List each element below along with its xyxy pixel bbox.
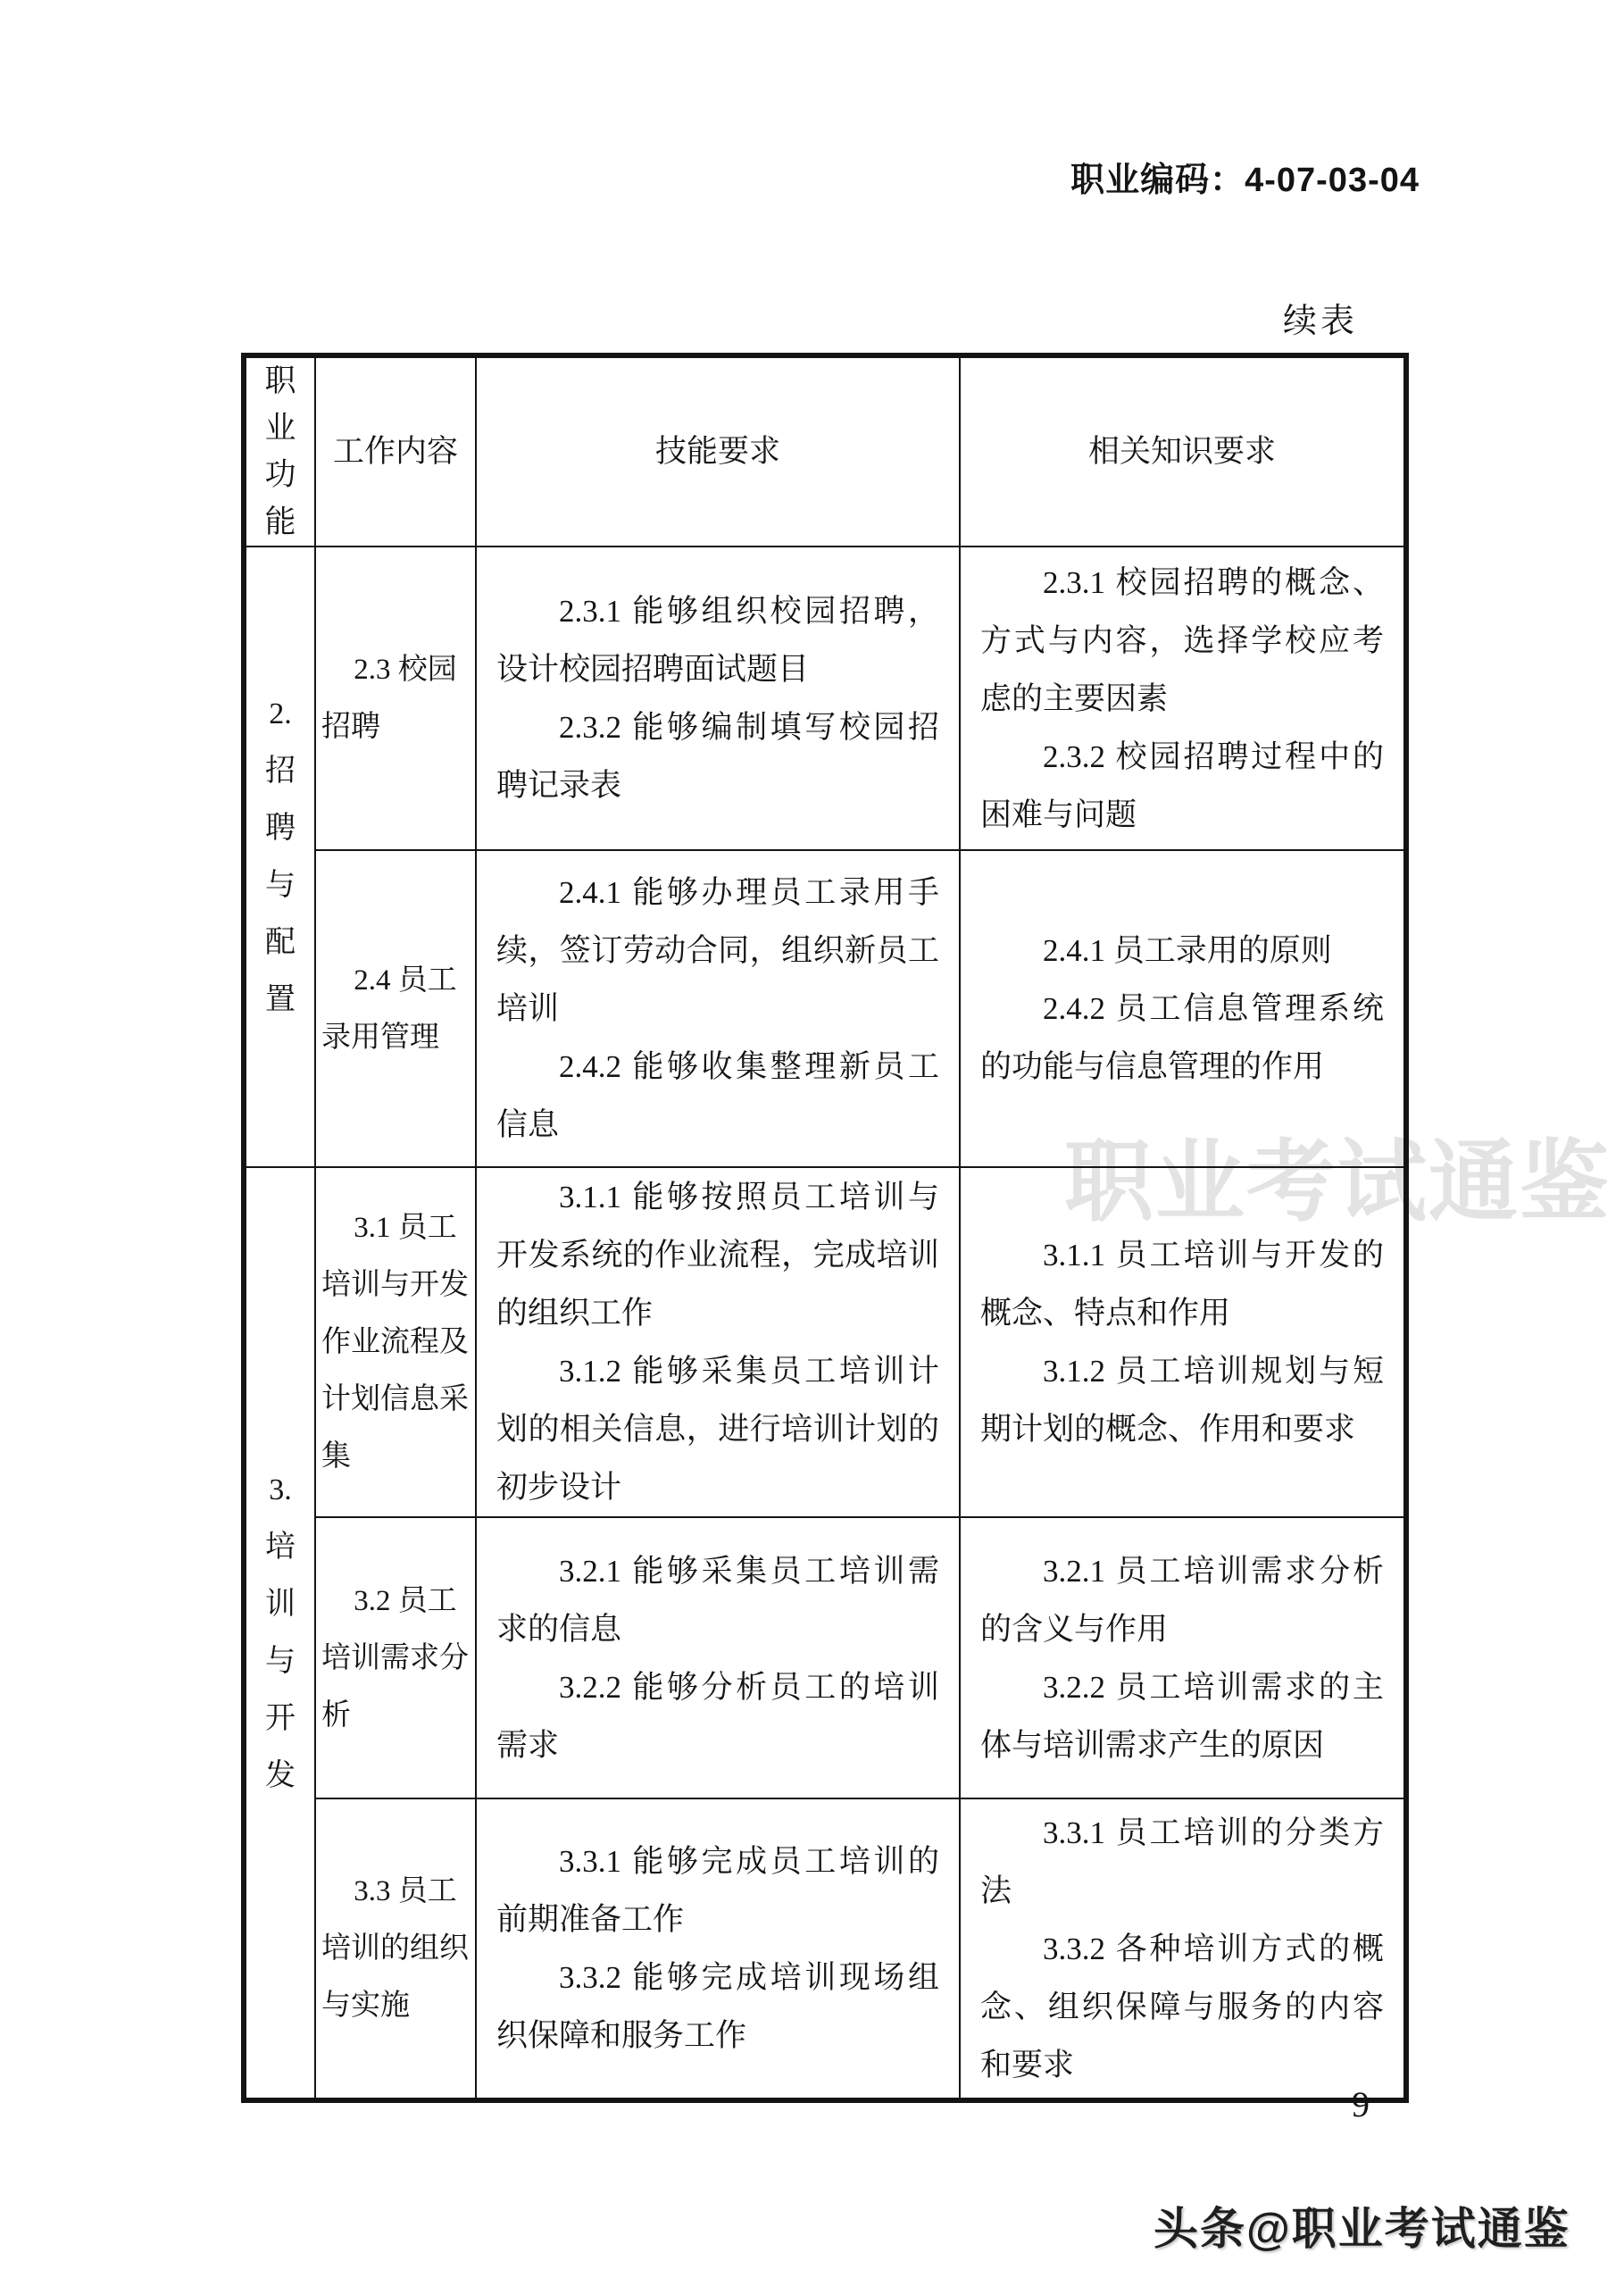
knowledge-item: 2.3.2 校园招聘过程中的困难与问题 bbox=[980, 728, 1384, 844]
skill-item: 2.4.2 能够收集整理新员工信息 bbox=[496, 1038, 939, 1154]
group-char: 2. bbox=[246, 686, 314, 743]
function-group-recruitment-allocation: 2. 招 聘 与 配 置 bbox=[244, 547, 315, 1167]
knowledge-requirements-cell: 3.1.1 员工培训与开发的概念、特点和作用 3.1.2 员工培训规划与短期计划… bbox=[960, 1167, 1406, 1517]
group-char: 培 bbox=[246, 1519, 314, 1576]
work-content-line: 计划信息采 bbox=[321, 1371, 470, 1428]
work-content-line: 集 bbox=[321, 1428, 470, 1485]
footer-watermark: 头条@职业考试通鉴 bbox=[1153, 2193, 1570, 2257]
knowledge-requirements-cell: 2.4.1 员工录用的原则 2.4.2 员工信息管理系统的功能与信息管理的作用 bbox=[960, 850, 1406, 1167]
skill-item: 2.3.1 能够组织校园招聘，设计校园招聘面试题目 bbox=[496, 582, 939, 698]
knowledge-item: 3.2.1 员工培训需求分析的含义与作用 bbox=[980, 1542, 1384, 1658]
work-content-line: 析 bbox=[321, 1687, 470, 1744]
header-occupational-function: 职业功能 bbox=[244, 355, 315, 547]
work-content-line: 2.4 员工 bbox=[321, 952, 470, 1009]
skill-item: 3.1.2 能够采集员工培训计划的相关信息，进行培训计划的初步设计 bbox=[496, 1342, 939, 1516]
work-content-line: 3.3 员工 bbox=[321, 1863, 470, 1920]
work-content-line: 2.3 校园 bbox=[321, 641, 470, 698]
skill-requirements-cell: 3.1.1 能够按照员工培训与开发系统的作业流程，完成培训的组织工作 3.1.2… bbox=[476, 1167, 960, 1517]
skill-item: 2.3.2 能够编制填写校园招聘记录表 bbox=[496, 698, 939, 814]
skill-item: 3.3.2 能够完成培训现场组织保障和服务工作 bbox=[496, 1948, 939, 2065]
knowledge-item: 2.4.1 员工录用的原则 bbox=[980, 922, 1384, 980]
occupational-standard-table: 职业功能 工作内容 技能要求 相关知识要求 2. 招 聘 与 配 置 bbox=[241, 353, 1409, 2103]
document-page: 职业编码：4-07-03-04 续表 职业考试通鉴 职业功能 工作内容 技能要求… bbox=[0, 0, 1624, 2278]
header-skill-requirements: 技能要求 bbox=[476, 355, 960, 547]
skill-item: 3.1.1 能够按照员工培训与开发系统的作业流程，完成培训的组织工作 bbox=[496, 1168, 939, 1342]
work-content-line: 与实施 bbox=[321, 1977, 470, 2034]
work-content-line: 培训与开发 bbox=[321, 1256, 470, 1314]
group-char: 聘 bbox=[246, 800, 314, 857]
group-char: 与 bbox=[246, 857, 314, 914]
group-char: 与 bbox=[246, 1633, 314, 1690]
group-char: 置 bbox=[246, 972, 314, 1029]
skill-item: 2.4.1 能够办理员工录用手续，签订劳动合同，组织新员工培训 bbox=[496, 864, 939, 1038]
function-group-training-development: 3. 培 训 与 开 发 bbox=[244, 1167, 315, 2100]
work-content-line: 作业流程及 bbox=[321, 1314, 470, 1371]
group-char: 开 bbox=[246, 1690, 314, 1748]
knowledge-requirements-cell: 2.3.1 校园招聘的概念、方式与内容，选择学校应考虑的主要因素 2.3.2 校… bbox=[960, 547, 1406, 850]
skill-item: 3.2.2 能够分析员工的培训需求 bbox=[496, 1658, 939, 1774]
work-content-cell: 2.4 员工 录用管理 bbox=[315, 850, 476, 1167]
knowledge-item: 3.3.2 各种培训方式的概念、组织保障与服务的内容和要求 bbox=[980, 1920, 1384, 2094]
work-content-line: 培训需求分 bbox=[321, 1630, 470, 1687]
continued-table-label: 续表 bbox=[1283, 293, 1358, 342]
knowledge-item: 3.3.1 员工培训的分类方法 bbox=[980, 1804, 1384, 1920]
knowledge-requirements-cell: 3.2.1 员工培训需求分析的含义与作用 3.2.2 员工培训需求的主体与培训需… bbox=[960, 1517, 1406, 1798]
knowledge-requirements-cell: 3.3.1 员工培训的分类方法 3.3.2 各种培训方式的概念、组织保障与服务的… bbox=[960, 1798, 1406, 2100]
skill-requirements-cell: 2.3.1 能够组织校园招聘，设计校园招聘面试题目 2.3.2 能够编制填写校园… bbox=[476, 547, 960, 850]
occupation-code: 职业编码：4-07-03-04 bbox=[1070, 152, 1420, 201]
knowledge-item: 3.1.2 员工培训规划与短期计划的概念、作用和要求 bbox=[980, 1342, 1384, 1458]
work-content-cell: 3.2 员工 培训需求分 析 bbox=[315, 1517, 476, 1798]
header-knowledge-requirements: 相关知识要求 bbox=[960, 355, 1406, 547]
table-header-row: 职业功能 工作内容 技能要求 相关知识要求 bbox=[244, 355, 1406, 547]
skill-item: 3.2.1 能够采集员工培训需求的信息 bbox=[496, 1542, 939, 1658]
work-content-cell: 2.3 校园 招聘 bbox=[315, 547, 476, 850]
group-char: 配 bbox=[246, 914, 314, 972]
vertical-label: 2. 招 聘 与 配 置 bbox=[246, 686, 314, 1029]
group-char: 3. bbox=[246, 1462, 314, 1519]
knowledge-item: 3.1.1 员工培训与开发的概念、特点和作用 bbox=[980, 1226, 1384, 1342]
table-row-3-2: 3.2 员工 培训需求分 析 3.2.1 能够采集员工培训需求的信息 3.2.2… bbox=[244, 1517, 1406, 1798]
knowledge-item: 2.4.2 员工信息管理系统的功能与信息管理的作用 bbox=[980, 980, 1384, 1096]
knowledge-item: 3.2.2 员工培训需求的主体与培训需求产生的原因 bbox=[980, 1658, 1384, 1774]
header-work-content: 工作内容 bbox=[315, 355, 476, 547]
skill-requirements-cell: 3.2.1 能够采集员工培训需求的信息 3.2.2 能够分析员工的培训需求 bbox=[476, 1517, 960, 1798]
work-content-line: 招聘 bbox=[321, 698, 470, 755]
work-content-cell: 3.3 员工 培训的组织 与实施 bbox=[315, 1798, 476, 2100]
work-content-line: 3.1 员工 bbox=[321, 1199, 470, 1256]
table-row-2-4: 2.4 员工 录用管理 2.4.1 能够办理员工录用手续，签订劳动合同，组织新员… bbox=[244, 850, 1406, 1167]
work-content-line: 3.2 员工 bbox=[321, 1573, 470, 1630]
work-content-line: 录用管理 bbox=[321, 1009, 470, 1066]
work-content-cell: 3.1 员工 培训与开发 作业流程及 计划信息采 集 bbox=[315, 1167, 476, 1517]
group-char: 招 bbox=[246, 743, 314, 800]
table-row-3-1: 3. 培 训 与 开 发 3.1 员工 培训与开发 作业流程及 计划信息采 集 bbox=[244, 1167, 1406, 1517]
table-row-3-3: 3.3 员工 培训的组织 与实施 3.3.1 能够完成员工培训的前期准备工作 3… bbox=[244, 1798, 1406, 2100]
skill-requirements-cell: 3.3.1 能够完成员工培训的前期准备工作 3.3.2 能够完成培训现场组织保障… bbox=[476, 1798, 960, 2100]
knowledge-item: 2.3.1 校园招聘的概念、方式与内容，选择学校应考虑的主要因素 bbox=[980, 554, 1384, 728]
work-content-line: 培训的组织 bbox=[321, 1920, 470, 1977]
table-row-2-3: 2. 招 聘 与 配 置 2.3 校园 招聘 2.3.1 能够组织校园招聘，设计… bbox=[244, 547, 1406, 850]
skill-item: 3.3.1 能够完成员工培训的前期准备工作 bbox=[496, 1832, 939, 1948]
group-char: 训 bbox=[246, 1576, 314, 1633]
group-char: 发 bbox=[246, 1748, 314, 1805]
skill-requirements-cell: 2.4.1 能够办理员工录用手续，签订劳动合同，组织新员工培训 2.4.2 能够… bbox=[476, 850, 960, 1167]
vertical-label: 3. 培 训 与 开 发 bbox=[246, 1462, 314, 1805]
